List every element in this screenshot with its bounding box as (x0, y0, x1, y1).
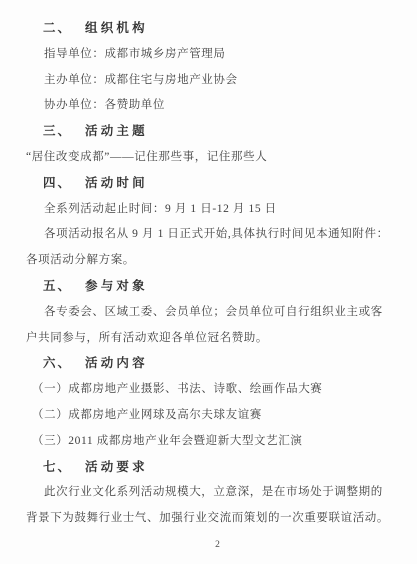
text-line: 主办单位：成都住宅与房地产业协会 (26, 68, 409, 94)
section-heading: 二、组织机构 (26, 16, 409, 42)
heading-number: 六、 (43, 356, 72, 370)
heading-title: 活动内容 (85, 356, 148, 370)
section-heading: 六、活动内容 (26, 351, 409, 377)
page-number: 2 (26, 538, 409, 552)
text-line: （二）成都房地产业网球及高尔夫球友谊赛 (26, 403, 409, 429)
text-line: 户共同参与，所有活动欢迎各单位冠名赞助。 (26, 326, 409, 352)
text-line: 此次行业文化系列活动规模大，立意深，是在市场处于调整期的 (26, 480, 409, 506)
document-body: 二、组织机构指导单位：成都市城乡房产管理局主办单位：成都住宅与房地产业协会协办单… (26, 16, 409, 532)
text-line: 背景下为鼓舞行业士气、加强行业交流而策划的一次重要联谊活动。 (26, 506, 409, 532)
text-line: 各项活动报名从 9 月 1 日正式开始,具体执行时间见本通知附件： (26, 222, 409, 248)
text-line: 各专委会、区域工委、会员单位；会员单位可自行组织业主或客 (26, 300, 409, 326)
heading-number: 二、 (43, 21, 72, 35)
heading-title: 活动主题 (85, 124, 148, 138)
heading-title: 参与对象 (85, 279, 148, 293)
heading-number: 五、 (43, 279, 72, 293)
heading-number: 三、 (43, 124, 72, 138)
heading-title: 组织机构 (85, 21, 148, 35)
text-line: 各项活动分解方案。 (26, 248, 409, 274)
heading-number: 七、 (43, 460, 72, 474)
text-line: 全系列活动起止时间：9 月 1 日-12 月 15 日 (26, 197, 409, 223)
heading-title: 活动要求 (85, 460, 148, 474)
section-heading: 三、活动主题 (26, 119, 409, 145)
text-line: “居住改变成都”——记住那些事，记住那些人 (26, 145, 409, 171)
heading-title: 活动时间 (85, 176, 148, 190)
heading-number: 四、 (43, 176, 72, 190)
text-line: 指导单位：成都市城乡房产管理局 (26, 42, 409, 68)
section-heading: 七、活动要求 (26, 455, 409, 481)
text-line: 协办单位：各赞助单位 (26, 93, 409, 119)
text-line: （三）2011 成都房地产业年会暨迎新大型文艺汇演 (26, 429, 409, 455)
document-page: 二、组织机构指导单位：成都市城乡房产管理局主办单位：成都住宅与房地产业协会协办单… (0, 0, 417, 564)
section-heading: 四、活动时间 (26, 171, 409, 197)
section-heading: 五、参与对象 (26, 274, 409, 300)
text-line: （一）成都房地产业摄影、书法、诗歌、绘画作品大赛 (26, 377, 409, 403)
